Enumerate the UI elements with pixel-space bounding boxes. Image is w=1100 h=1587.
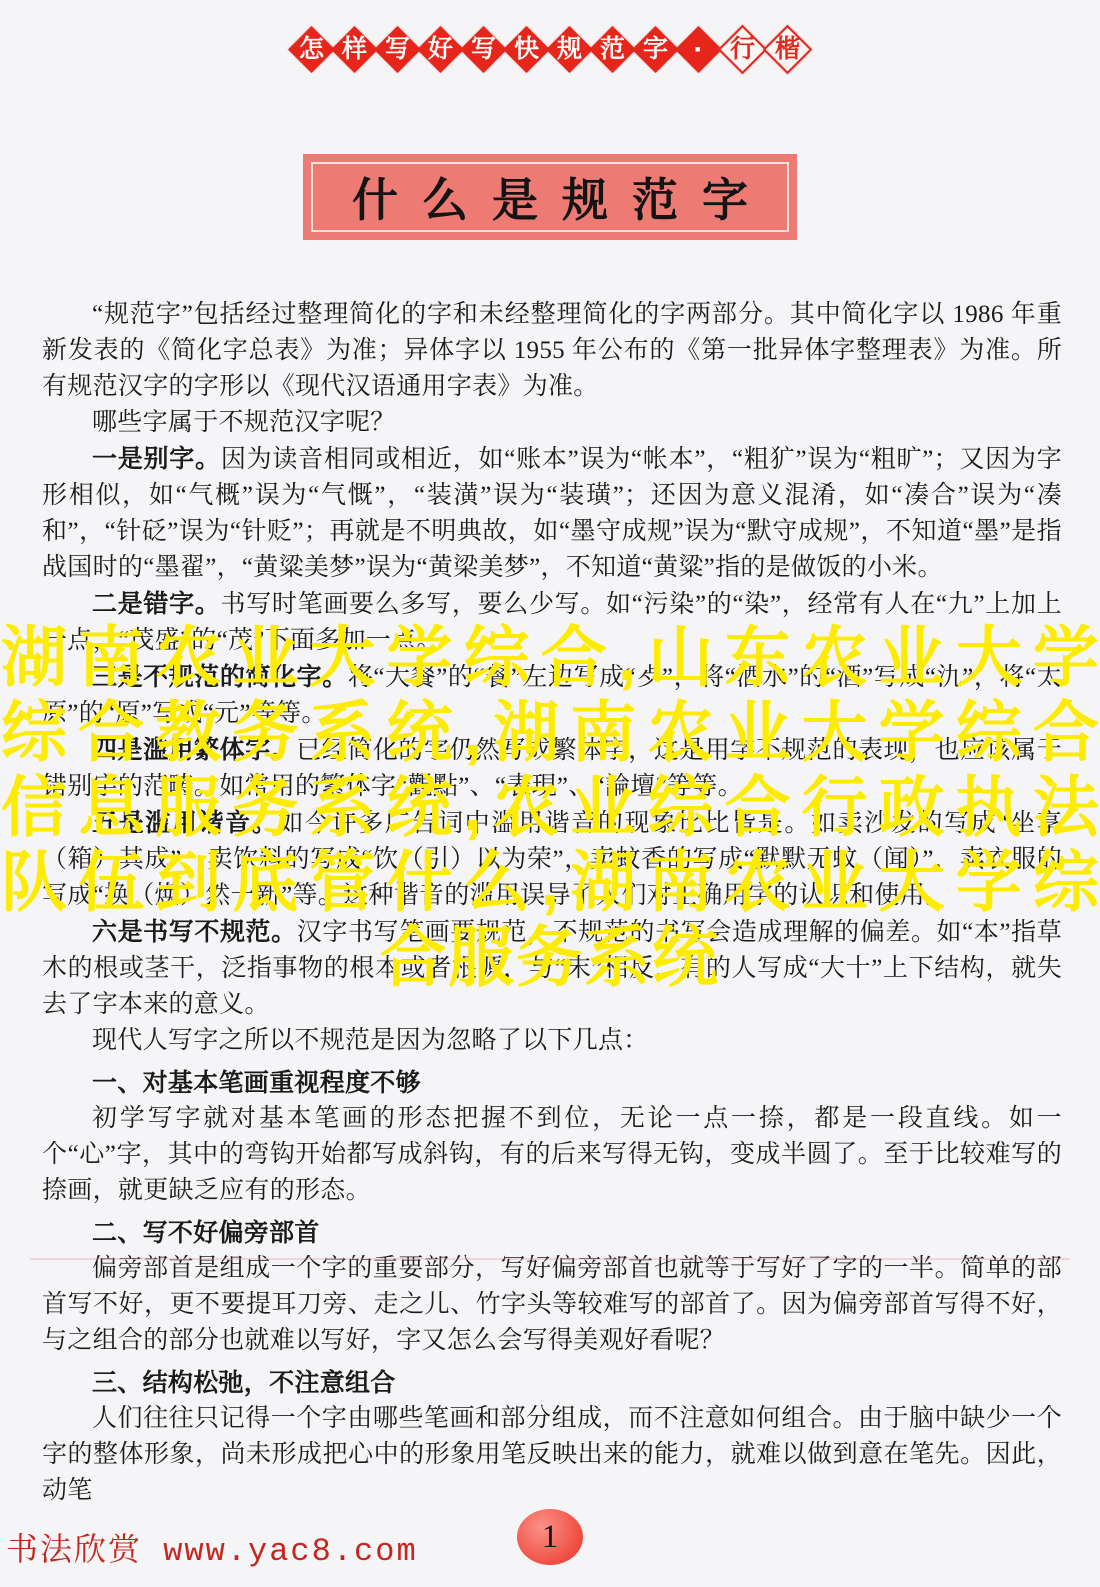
watermark-line: 信息服务系统,农业综合行政执法 xyxy=(0,770,1100,845)
chapter-title-box: 什么是规范字 xyxy=(303,154,797,240)
paragraph: “规范字”包括经过整理简化的字和未经整理简化的字两部分。其中简化字以 1986 … xyxy=(42,297,1062,405)
header-diamond: 写 xyxy=(374,26,421,73)
header-diamond: 范 xyxy=(589,26,636,73)
section-heading: 三、结构松弛，不注意组合 xyxy=(42,1365,1062,1401)
paragraph: 偏旁部首是组成一个字的重要部分，写好偏旁部首也就等于写好了字的一半。简单的部首写… xyxy=(42,1251,1062,1359)
paragraph-lead: 一是别字。 xyxy=(92,445,221,473)
header-diamond-banner: 怎样写好写快规范字·行楷 xyxy=(0,26,1100,73)
watermark-line: 队伍到底管什么,湖南农业大学综 xyxy=(0,845,1100,920)
header-diamond: 规 xyxy=(546,26,593,73)
scanned-book-page: 怎样写好写快规范字·行楷 什么是规范字 “规范字”包括经过整理简化的字和未经整理… xyxy=(0,0,1100,1587)
header-diamond: · xyxy=(675,26,722,73)
header-diamond: 样 xyxy=(331,26,378,73)
paragraph-lead: 二是错字。 xyxy=(92,590,221,618)
paragraph: 一是别字。因为读音相同或相近，如“账本”误为“帐本”，“粗犷”误为“粗旷”；又因… xyxy=(42,441,1062,586)
section-heading: 一、对基本笔画重视程度不够 xyxy=(42,1065,1062,1101)
page-number-badge: 1 xyxy=(517,1509,583,1565)
header-diamond: 好 xyxy=(417,26,464,73)
paragraph: 初学写字就对基本笔画的形态把握不到位，无论一点一捺，都是一段直线。如一个“心”字… xyxy=(42,1101,1062,1209)
chapter-title-inner-border: 什么是规范字 xyxy=(311,162,789,232)
header-diamond: 楷 xyxy=(763,25,812,74)
paragraph: 哪些字属于不规范汉字呢？ xyxy=(42,405,1062,441)
watermark-line: 合服务系统 xyxy=(0,920,1100,995)
header-diamond: 行 xyxy=(718,25,767,74)
paragraph: 人们往往只记得一个字由哪些笔画和部分组成，而不注意如何组合。由于脑中缺少一个字的… xyxy=(42,1401,1062,1509)
page-number: 1 xyxy=(542,1519,559,1556)
chapter-title: 什么是规范字 xyxy=(328,164,772,230)
watermark-line: 综合教务系统,湖南农业大学综合 xyxy=(0,695,1100,770)
section-heading: 二、写不好偏旁部首 xyxy=(42,1215,1062,1251)
seo-watermark: 湖南农业大学综合,山东农业大学综合教务系统,湖南农业大学综合信息服务系统,农业综… xyxy=(0,620,1100,995)
header-diamond: 写 xyxy=(460,26,507,73)
header-diamond: 字 xyxy=(632,26,679,73)
scan-artifact-line xyxy=(30,1258,1070,1260)
paragraph: 现代人写字之所以不规范是因为忽略了以下几点： xyxy=(42,1023,1062,1059)
header-diamond: 快 xyxy=(503,26,550,73)
watermark-line: 湖南农业大学综合,山东农业大学 xyxy=(0,620,1100,695)
site-credit-text: 书法欣赏 www.yac8.com xyxy=(6,1524,418,1570)
header-diamond: 怎 xyxy=(288,26,335,73)
